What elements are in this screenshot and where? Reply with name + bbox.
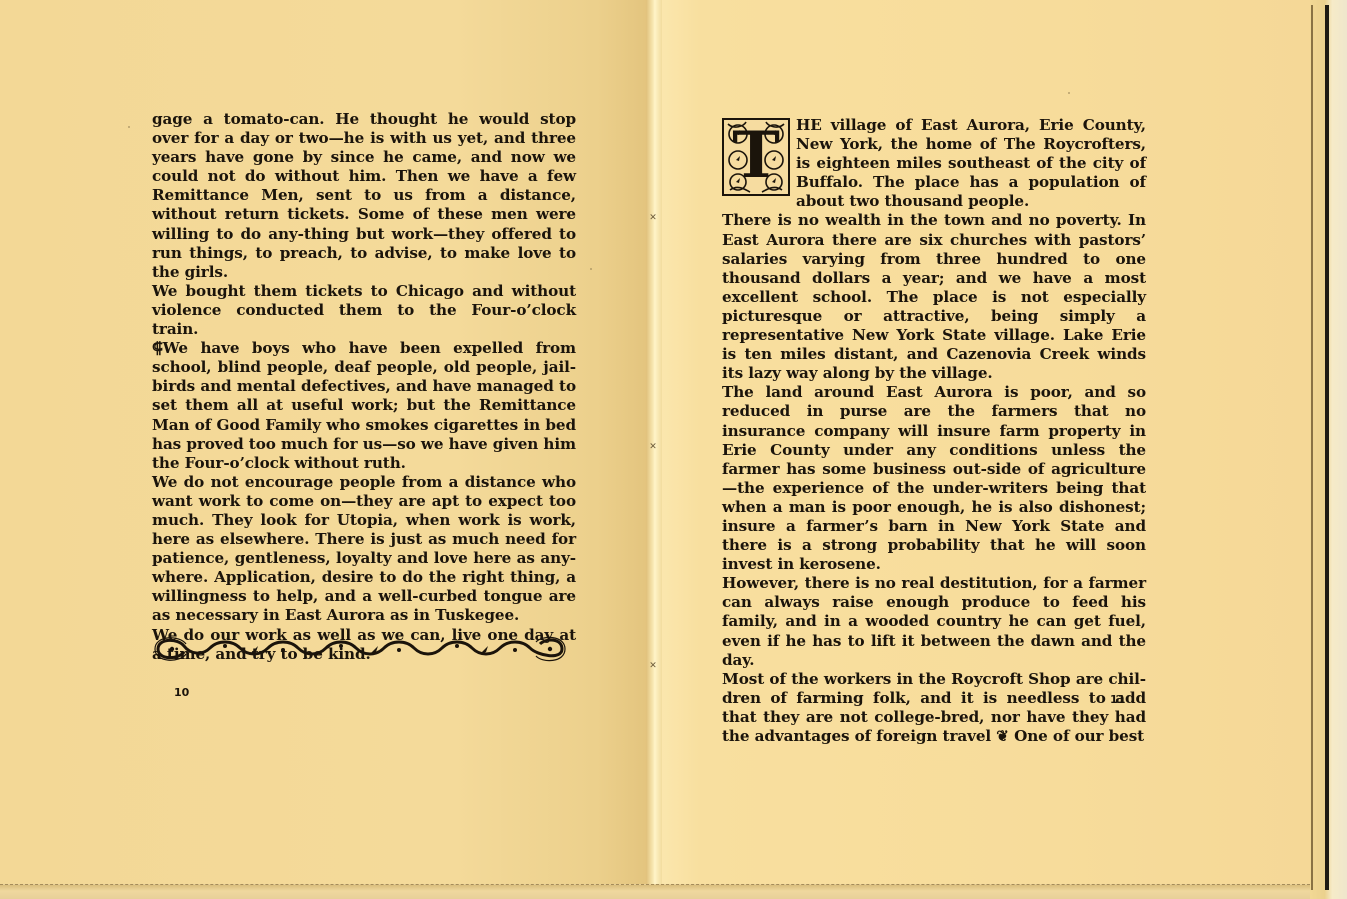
page-edge-line xyxy=(1311,5,1313,890)
fleuron-icon: ❦ xyxy=(996,727,1009,745)
paper-speck xyxy=(1068,92,1070,94)
right-page-text: T HE village of East Aurora, Erie County… xyxy=(722,116,1146,746)
cover-edge-shadow xyxy=(1325,5,1329,890)
stitch-mark: ✕ xyxy=(648,662,658,670)
paper-speck xyxy=(128,126,130,128)
paragraph: We bought them tickets to Chicago and wi… xyxy=(152,282,576,339)
paragraph: gage a tomato-can. He thought he would s… xyxy=(152,110,576,282)
paragraph: However, there is no real destitution, f… xyxy=(722,574,1146,669)
vine-ornament-icon xyxy=(150,634,570,664)
paper-speck xyxy=(590,268,592,270)
paragraph: The land around East Aurora is poor, and… xyxy=(722,383,1146,574)
bottom-page-edge xyxy=(0,884,1310,899)
left-page-text: gage a tomato-can. He thought he would s… xyxy=(152,110,576,664)
paragraph: ⸿We have boys who have been expelled fro… xyxy=(152,339,576,473)
page-number-right: 11 xyxy=(1110,693,1125,706)
paragraph: We do not encourage people from a distan… xyxy=(152,473,576,626)
paragraph: Most of the workers in the Roycroft Shop… xyxy=(722,670,1146,746)
stitch-mark: ✕ xyxy=(648,443,658,451)
paragraph: There is no wealth in the town and no po… xyxy=(722,211,1146,383)
paragraph-mark-icon: ⸿ xyxy=(152,339,163,357)
drop-cap-letter: T xyxy=(724,124,788,188)
paragraph-text: We have boys who have been expelled from… xyxy=(152,339,576,472)
page-number-left: 10 xyxy=(174,686,189,699)
ornamental-drop-cap: T xyxy=(722,118,790,196)
paragraph-text: One of our best xyxy=(1014,727,1144,745)
stitch-mark: ✕ xyxy=(648,214,658,222)
open-book-spread: ✕ ✕ ✕ gage a tomato-can. He thought he w… xyxy=(0,0,1347,899)
